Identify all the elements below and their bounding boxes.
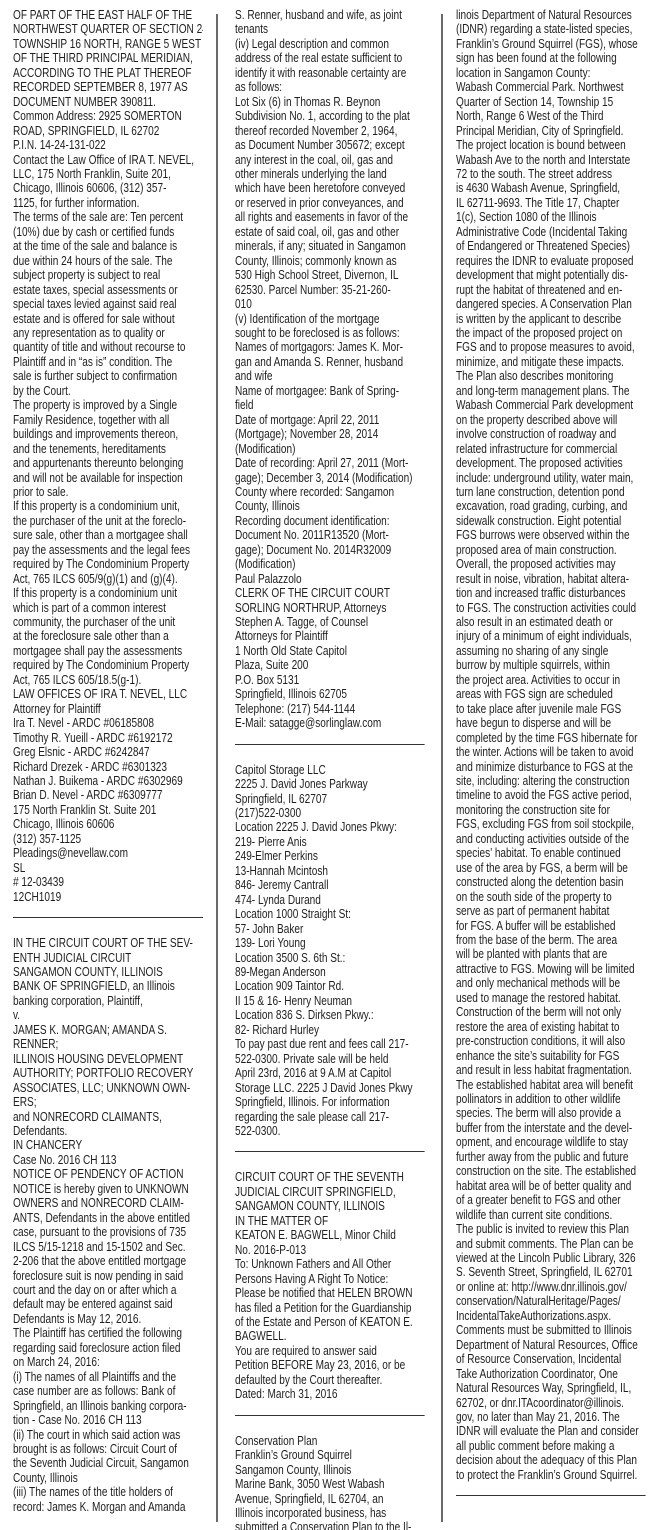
notice-text-line: 1(c), Section 1080 of the Illinois: [456, 210, 654, 224]
notice-text-line: monitoring the construction site for: [456, 803, 654, 817]
notice-text-line: SANGAMON COUNTY, ILLINOIS: [13, 965, 203, 979]
notice-text-line: is 4630 Wabash Avenue, Springfield,: [456, 181, 654, 195]
notice-text-line: S. Seventh Street, Springfield, IL 62701: [456, 1265, 654, 1279]
notice-text-line: and NONRECORD CLAIMANTS,: [13, 1110, 203, 1124]
notice-text-line: to take place after juvenile male FGS: [456, 702, 654, 716]
notice-text-line: include: underground utility, water main…: [456, 471, 654, 485]
notice-text-line: of a greater benefit to FGS and other: [456, 1193, 654, 1207]
notice-text-line: 89-Megan Anderson: [235, 965, 433, 979]
notice-text-line: CLERK OF THE CIRCUIT COURT: [235, 586, 433, 600]
notice-text-line: TOWNSHIP 16 NORTH, RANGE 5 WEST: [13, 37, 203, 51]
notice-text-line: (iv) Legal description and common: [235, 37, 433, 51]
notice-text-line: buildings and improvements thereon,: [13, 427, 203, 441]
notice-text-line: excavation, road grading, curbing, and: [456, 499, 654, 513]
legal-notice: linois Department of Natural Resources(I…: [456, 8, 654, 1482]
notice-text-line: JUDICIAL CIRCUIT SPRINGFIELD,: [235, 1185, 433, 1199]
notice-text-line: gage); December 3, 2014 (Modification): [235, 471, 433, 485]
notice-text-line: Marine Bank, 3050 West Wabash: [235, 1477, 433, 1491]
notice-text-line: attractive to FGS. Mowing will be limite…: [456, 962, 654, 976]
notice-separator-rule: [13, 917, 203, 918]
notice-text-line: for FGS. A buffer will be established: [456, 919, 654, 933]
notice-text-line: by the Court.: [13, 384, 203, 398]
notice-text-line: Overall, the proposed activities may: [456, 557, 654, 571]
notice-separator-rule: [456, 1495, 646, 1496]
notice-text-line: RENNER;: [13, 1037, 203, 1051]
notice-text-line: Location 2225 J. David Jones Pkwy:: [235, 820, 433, 834]
legal-notice: OF PART OF THE EAST HALF OF THENORTHWEST…: [13, 8, 203, 904]
notice-text-line: assuming no sharing of any single: [456, 644, 654, 658]
notice-text-line: The public is invited to review this Pla…: [456, 1222, 654, 1236]
notice-text-line: will be planted with plants that are: [456, 947, 654, 961]
column-3: linois Department of Natural Resources(I…: [456, 0, 656, 1530]
notice-text-line: Springfield, Illinois. For information: [235, 1095, 433, 1109]
notice-text-line: to FGS. The construction activities coul…: [456, 601, 654, 615]
notice-text-line: Construction of the berm will not only: [456, 1005, 654, 1019]
notice-text-line: OWNERS and NONRECORD CLAIM-: [13, 1196, 203, 1210]
notice-text-line: Lot Six (6) in Thomas R. Beynon: [235, 95, 433, 109]
notice-text-line: subject property is subject to real: [13, 268, 203, 282]
notice-text-line: which have been heretofore conveyed: [235, 181, 433, 195]
notice-text-line: enhance the site’s suitability for FGS: [456, 1049, 654, 1063]
notice-text-line: 530 High School Street, Divernon, IL: [235, 268, 433, 282]
notice-text-line: NOTICE is hereby given to UNKNOWN: [13, 1182, 203, 1196]
notice-text-line: 139- Lori Young: [235, 936, 433, 950]
legal-notice: Capitol Storage LLC2225 J. David Jones P…: [235, 763, 433, 1139]
notice-text-line: to protect the Franklin’s Ground Squirre…: [456, 1468, 654, 1482]
notice-text-line: and conducting activities outside of the: [456, 832, 654, 846]
notice-text-line: The project location is bound between: [456, 138, 654, 152]
notice-text-line: DOCUMENT NUMBER 390811.: [13, 95, 203, 109]
notice-text-line: banking corporation, Plaintiff,: [13, 994, 203, 1008]
notice-text-line: NOTICE OF PENDENCY OF ACTION: [13, 1167, 203, 1181]
notice-text-line: sign has been found at the following: [456, 51, 654, 65]
notice-text-line: Natural Resources Way, Springfield, IL,: [456, 1381, 654, 1395]
notice-text-line: # 12-03439: [13, 875, 203, 889]
notice-text-line: IN THE MATTER OF: [235, 1214, 433, 1228]
notice-text-line: Wabash Commercial Park development: [456, 398, 654, 412]
notice-text-line: and the tenements, hereditaments: [13, 442, 203, 456]
notice-text-line: Common Address: 2925 SOMERTON: [13, 109, 203, 123]
notice-text-line: Please be notified that HELEN BROWN: [235, 1286, 433, 1300]
notice-text-line: other minerals underlying the land: [235, 167, 433, 181]
notice-text-line: The Plaintiff has certified the followin…: [13, 1326, 203, 1340]
notice-text-line: Ira T. Nevel - ARDC #06185808: [13, 716, 203, 730]
notice-text-line: ERS;: [13, 1095, 203, 1109]
notice-text-line: restore the area of existing habitat to: [456, 1020, 654, 1034]
notice-text-line: Conservation Plan: [235, 1434, 433, 1448]
notice-text-line: timeline to avoid the FGS active period,: [456, 788, 654, 802]
notice-text-line: pre-construction conditions, it will als…: [456, 1034, 654, 1048]
notice-text-line: burrow by multiple squirrels, within: [456, 658, 654, 672]
notice-text-line: BAGWELL.: [235, 1329, 433, 1343]
notice-text-line: and appurtenants thereunto belonging: [13, 456, 203, 470]
notice-text-line: on the south side of the property to: [456, 890, 654, 904]
notice-text-line: sale is further subject to confirmation: [13, 369, 203, 383]
notice-text-line: RECORDED SEPTEMBER 8, 1977 AS: [13, 80, 203, 94]
notice-text-line: (iii) The names of the title holders of: [13, 1485, 203, 1499]
notice-text-line: habitat area will be of better quality a…: [456, 1179, 654, 1193]
notice-text-line: sought to be foreclosed is as follows:: [235, 326, 433, 340]
notice-text-line: turn lane construction, detention pond: [456, 485, 654, 499]
notice-text-line: defaulted by the Court thereafter.: [235, 1373, 433, 1387]
notice-text-line: If this property is a condominium unit,: [13, 499, 203, 513]
notice-text-line: the project area. Activities to occur in: [456, 673, 654, 687]
notice-text-line: Attorneys for Plaintiff: [235, 629, 433, 643]
notice-text-line: the purchaser of the unit at the foreclo…: [13, 514, 203, 528]
notice-text-line: ENTH JUDICIAL CIRCUIT: [13, 951, 203, 965]
notice-text-line: species’ habitat. To enable continued: [456, 846, 654, 860]
notice-text-line: (Mortgage); November 28, 2014: [235, 427, 433, 441]
notice-text-line: 522-0300. Private sale will be held: [235, 1052, 433, 1066]
notice-text-line: minimize, and mitigate these impacts.: [456, 355, 654, 369]
notice-text-line: Quarter of Section 14, Township 15: [456, 95, 654, 109]
notice-text-line: of Endangered or Threatened Species): [456, 239, 654, 253]
notice-text-line: Location 3500 S. 6th St.:: [235, 951, 433, 965]
notice-text-line: further away from the public and future: [456, 1150, 654, 1164]
notice-text-line: OF PART OF THE EAST HALF OF THE: [13, 8, 203, 22]
notice-text-line: proposed area of main construction.: [456, 543, 654, 557]
notice-text-line: The terms of the sale are: Ten percent: [13, 210, 203, 224]
notice-text-line: regarding said foreclosure action filed: [13, 1341, 203, 1355]
notice-text-line: gage); Document No. 2014R32009: [235, 543, 433, 557]
notice-text-line: any representation as to quality or: [13, 326, 203, 340]
notice-text-line: Act, 765 ILCS 605/9(g)(1) and (g)(4).: [13, 572, 203, 586]
notice-text-line: Stephen A. Tagge, of Counsel: [235, 615, 433, 629]
notice-text-line: court and the day on or after which a: [13, 1283, 203, 1297]
notice-text-line: Greg Elsnic - ARDC #6242847: [13, 745, 203, 759]
notice-text-line: P.O. Box 5131: [235, 673, 433, 687]
notice-text-line: estate of said coal, oil, gas and other: [235, 225, 433, 239]
notice-text-line: tenants: [235, 22, 433, 36]
notice-text-line: Department of Natural Resources, Office: [456, 1338, 654, 1352]
notice-text-line: AUTHORITY; PORTFOLIO RECOVERY: [13, 1066, 203, 1080]
notice-text-line: Richard Drezek - ARDC #6301323: [13, 760, 203, 774]
notice-text-line: decision about the adequacy of this Plan: [456, 1453, 654, 1467]
notice-text-line: Location 909 Taintor Rd.: [235, 979, 433, 993]
legal-notice: S. Renner, husband and wife, as jointten…: [235, 8, 433, 731]
notice-text-line: Subdivision No. 1, according to the plat: [235, 109, 433, 123]
notice-text-line: development that might potentially dis-: [456, 268, 654, 282]
notice-text-line: 57- John Baker: [235, 922, 433, 936]
notice-text-line: 72 to the south. The street address: [456, 167, 654, 181]
notice-text-line: 1 North Old State Capitol: [235, 644, 433, 658]
notice-text-line: (IDNR) regarding a state-listed species,: [456, 22, 654, 36]
notice-text-line: Attorney for Plaintiff: [13, 702, 203, 716]
legal-notice: Conservation PlanFranklin’s Ground Squir…: [235, 1434, 433, 1530]
column-2: S. Renner, husband and wife, as jointten…: [235, 0, 435, 1530]
notice-text-line: Date of recording: April 27, 2011 (Mort-: [235, 456, 433, 470]
notice-text-line: completed by the time FGS hibernate for: [456, 731, 654, 745]
notice-text-line: 1125, for further information.: [13, 196, 203, 210]
notice-text-line: minerals, if any; situated in Sangamon: [235, 239, 433, 253]
notice-text-line: any interest in the coal, oil, gas and: [235, 153, 433, 167]
notice-text-line: on the property described above will: [456, 413, 654, 427]
notice-text-line: Location 1000 Straight St:: [235, 907, 433, 921]
notice-text-line: 175 North Franklin St. Suite 201: [13, 803, 203, 817]
notice-text-line: pay the assessments and the legal fees: [13, 543, 203, 557]
notice-text-line: FGS and to propose measures to avoid,: [456, 340, 654, 354]
notice-text-line: Dated: March 31, 2016: [235, 1387, 433, 1401]
notice-text-line: Avenue, Springfield, IL 62704, an: [235, 1492, 433, 1506]
notice-text-line: result in noise, vibration, habitat alte…: [456, 572, 654, 586]
notice-text-line: (Modification): [235, 442, 433, 456]
notice-text-line: Springfield, an Illinois banking corpora…: [13, 1399, 203, 1413]
notice-text-line: (v) Identification of the mortgage: [235, 312, 433, 326]
notice-text-line: injury of a minimum of eight individuals…: [456, 629, 654, 643]
notice-text-line: opment, and encourage wildlife to stay: [456, 1135, 654, 1149]
column-1: OF PART OF THE EAST HALF OF THENORTHWEST…: [13, 0, 203, 1530]
notice-text-line: 82- Richard Hurley: [235, 1023, 433, 1037]
notice-text-line: sidewalk construction. Eight potential: [456, 514, 654, 528]
notice-text-line: BANK OF SPRINGFIELD, an Illinois: [13, 979, 203, 993]
notice-text-line: (217)522-0300: [235, 806, 433, 820]
notice-text-line: 846- Jeremy Cantrall: [235, 878, 433, 892]
notice-text-line: and will not be available for inspection: [13, 471, 203, 485]
notice-text-line: the Seventh Judicial Circuit, Sangamon: [13, 1456, 203, 1470]
notice-text-line: v.: [13, 1008, 203, 1022]
notice-text-line: S. Renner, husband and wife, as joint: [235, 8, 433, 22]
notice-text-line: 12CH1019: [13, 890, 203, 904]
notice-text-line: No. 2016-P-013: [235, 1243, 433, 1257]
notice-text-line: Illinois incorporated business, has: [235, 1506, 433, 1520]
notice-text-line: special taxes levied against said real: [13, 297, 203, 311]
notice-text-line: site, including: altering the constructi…: [456, 774, 654, 788]
notice-text-line: Take Authorization Coordinator, One: [456, 1367, 654, 1381]
notice-text-line: Capitol Storage LLC: [235, 763, 433, 777]
notice-text-line: of Resource Conservation, Incidental: [456, 1352, 654, 1366]
notice-text-line: Contact the Law Office of IRA T. NEVEL,: [13, 153, 203, 167]
notice-text-line: SORLING NORTHRUP, Attorneys: [235, 601, 433, 615]
notice-text-line: Timothy R. Yueill - ARDC #6192172: [13, 731, 203, 745]
notice-text-line: CIRCUIT COURT OF THE SEVENTH: [235, 1170, 433, 1184]
notice-text-line: all rights and easements in favor of the: [235, 210, 433, 224]
notice-text-line: If this property is a condominium unit: [13, 586, 203, 600]
notice-text-line: IN THE CIRCUIT COURT OF THE SEV-: [13, 936, 203, 950]
notice-text-line: (ii) The court in which said action was: [13, 1428, 203, 1442]
notice-text-line: gan and Amanda S. Renner, husband: [235, 355, 433, 369]
notice-text-line: The established habitat area will benefi…: [456, 1078, 654, 1092]
notice-text-line: ROAD, SPRINGFIELD, IL 62702: [13, 124, 203, 138]
notice-text-line: is written by the applicant to describe: [456, 312, 654, 326]
notice-text-line: and only mechanical methods will be: [456, 976, 654, 990]
notice-text-line: 62530. Parcel Number: 35-21-260-: [235, 283, 433, 297]
notice-text-line: at the foreclosure sale other than a: [13, 629, 203, 643]
notice-text-line: pollinators in addition to other wildlif…: [456, 1092, 654, 1106]
notice-text-line: case number are as follows: Bank of: [13, 1384, 203, 1398]
notice-text-line: NORTHWEST QUARTER OF SECTION 24,: [13, 22, 203, 36]
notice-text-line: also result in an estimated death or: [456, 615, 654, 629]
notice-text-line: Telephone: (217) 544-1144: [235, 702, 433, 716]
notice-text-line: the impact of the proposed project on: [456, 326, 654, 340]
notice-text-line: Defendants.: [13, 1124, 203, 1138]
notice-text-line: field: [235, 398, 433, 412]
notice-text-line: tion - Case No. 2016 CH 113: [13, 1413, 203, 1427]
notice-text-line: SANGAMON COUNTY, ILLINOIS: [235, 1199, 433, 1213]
notice-text-line: which is part of a common interest: [13, 601, 203, 615]
notice-text-line: Franklin’s Ground Squirrel (FGS), whose: [456, 37, 654, 51]
notice-text-line: Paul Palazzolo: [235, 572, 433, 586]
notice-text-line: ANTS, Defendants in the above entitled: [13, 1211, 203, 1225]
notice-text-line: Wabash Ave to the north and Interstate: [456, 153, 654, 167]
notice-text-line: (Modification): [235, 557, 433, 571]
notice-text-line: Brian D. Nevel - ARDC #6309777: [13, 788, 203, 802]
notice-text-line: estate and is offered for sale without: [13, 312, 203, 326]
notice-text-line: foreclosure suit is now pending in said: [13, 1269, 203, 1283]
notice-text-line: 249-Elmer Perkins: [235, 849, 433, 863]
notice-text-line: requires the IDNR to evaluate proposed: [456, 254, 654, 268]
notice-text-line: LLC, 175 North Franklin, Suite 201,: [13, 167, 203, 181]
notice-text-line: and minimize disturbance to FGS at the: [456, 760, 654, 774]
notice-text-line: or reserved in prior conveyances, and: [235, 196, 433, 210]
notice-text-line: brought is as follows: Circuit Court of: [13, 1442, 203, 1456]
column-divider-2: [441, 14, 443, 1522]
notice-text-line: species. The berm will also provide a: [456, 1106, 654, 1120]
notice-text-line: case, pursuant to the provisions of 735: [13, 1225, 203, 1239]
notice-text-line: Document No. 2011R13520 (Mort-: [235, 528, 433, 542]
notice-text-line: County, Illinois: [235, 499, 433, 513]
notice-text-line: address of the real estate sufficient to: [235, 51, 433, 65]
notice-text-line: Wabash Commercial Park. Northwest: [456, 80, 654, 94]
notice-text-line: from the base of the berm. The area: [456, 933, 654, 947]
notice-text-line: has filed a Petition for the Guardianshi…: [235, 1301, 433, 1315]
notice-text-line: record: James K. Morgan and Amanda: [13, 1500, 203, 1514]
notice-separator-rule: [235, 1415, 425, 1416]
notice-text-line: required by The Condominium Property: [13, 658, 203, 672]
notice-text-line: dangered species. A Conservation Plan: [456, 297, 654, 311]
notice-text-line: Springfield, Illinois 62705: [235, 687, 433, 701]
notice-text-line: submitted a Conservation Plan to the Il-: [235, 1520, 433, 1530]
notice-text-line: Recording document identification:: [235, 514, 433, 528]
notice-text-line: North, Range 6 West of the Third: [456, 109, 654, 123]
notice-text-line: buffer from the interstate and the devel…: [456, 1121, 654, 1135]
notice-text-line: the winter. Actions will be taken to avo…: [456, 745, 654, 759]
notice-text-line: Case No. 2016 CH 113: [13, 1153, 203, 1167]
notice-text-line: quantity of title and without recourse t…: [13, 340, 203, 354]
notice-text-line: 522-0300.: [235, 1124, 433, 1138]
notice-text-line: IL 62711-9693. The Title 17, Chapter: [456, 196, 654, 210]
notice-text-line: construction on the site. The establishe…: [456, 1164, 654, 1178]
notice-text-line: prior to sale.: [13, 485, 203, 499]
notice-text-line: thereof recorded November 2, 1964,: [235, 124, 433, 138]
notice-text-line: on March 24, 2016:: [13, 1355, 203, 1369]
notice-text-line: SL: [13, 861, 203, 875]
notice-text-line: ASSOCIATES, LLC; UNKNOWN OWN-: [13, 1081, 203, 1095]
notice-text-line: Principal Meridian, City of Springfield.: [456, 124, 654, 138]
notice-text-line: Springfield, IL 62707: [235, 792, 433, 806]
notice-text-line: Date of mortgage: April 22, 2011: [235, 413, 433, 427]
notice-text-line: Pleadings@nevellaw.com: [13, 846, 203, 860]
notice-text-line: linois Department of Natural Resources: [456, 8, 654, 22]
notice-text-line: April 23rd, 2016 at 9 A.M at Capitol: [235, 1066, 433, 1080]
notice-text-line: areas with FGS sign are scheduled: [456, 687, 654, 701]
notice-text-line: Names of mortgagors: James K. Mor-: [235, 340, 433, 354]
notice-text-line: 2225 J. David Jones Parkway: [235, 777, 433, 791]
notice-text-line: development. The proposed activities: [456, 456, 654, 470]
notice-text-line: (312) 357-1125: [13, 832, 203, 846]
notice-text-line: involve construction of roadway and: [456, 427, 654, 441]
notice-text-line: FGS burrows were observed within the: [456, 528, 654, 542]
notice-text-line: IN CHANCERY: [13, 1138, 203, 1152]
notice-text-line: Storage LLC. 2225 J David Jones Pkwy: [235, 1081, 433, 1095]
notice-text-line: tion and increased traffic disturbances: [456, 586, 654, 600]
notice-text-line: (10%) due by cash or certified funds: [13, 225, 203, 239]
notice-text-line: used to manage the restored habitat.: [456, 991, 654, 1005]
notice-text-line: To: Unknown Fathers and All Other: [235, 1257, 433, 1271]
notice-text-line: 62702, or dnr.ITAcoordinator@illinois.: [456, 1396, 654, 1410]
notice-text-line: ACCORDING TO THE PLAT THEREOF: [13, 66, 203, 80]
notice-text-line: The Plan also describes monitoring: [456, 369, 654, 383]
notice-text-line: The property is improved by a Single: [13, 398, 203, 412]
notice-text-line: and wife: [235, 369, 433, 383]
notice-text-line: conservation/NaturalHeritage/Pages/: [456, 1294, 654, 1308]
notice-text-line: sure sale, other than a mortgagee shall: [13, 528, 203, 542]
notice-text-line: viewed at the Lincoln Public Library, 32…: [456, 1251, 654, 1265]
notice-text-line: community, the purchaser of the unit: [13, 615, 203, 629]
notice-text-line: as Document Number 305672; except: [235, 138, 433, 152]
notice-text-line: Act, 765 ILCS 605/18.5(g-1).: [13, 673, 203, 687]
legal-notice: IN THE CIRCUIT COURT OF THE SEV-ENTH JUD…: [13, 936, 203, 1514]
notice-text-line: JAMES K. MORGAN; AMANDA S.: [13, 1023, 203, 1037]
notice-text-line: Location 836 S. Dirksen Pkwy.:: [235, 1008, 433, 1022]
notice-text-line: regarding the sale please call 217-: [235, 1110, 433, 1124]
notice-text-line: Administrative Code (Incidental Taking: [456, 225, 654, 239]
notice-text-line: (i) The names of all Plaintiffs and the: [13, 1370, 203, 1384]
notice-text-line: due within 24 hours of the sale. The: [13, 254, 203, 268]
notice-text-line: all public comment before making a: [456, 1439, 654, 1453]
notice-separator-rule: [235, 744, 425, 745]
notice-text-line: Plaintiff and in “as is” condition. The: [13, 355, 203, 369]
notice-text-line: wildlife than current site conditions.: [456, 1208, 654, 1222]
notice-text-line: related infrastructure for commercial: [456, 442, 654, 456]
newspaper-legal-notices-page: OF PART OF THE EAST HALF OF THENORTHWEST…: [0, 0, 658, 1530]
notice-text-line: Comments must be submitted to Illinois: [456, 1323, 654, 1337]
notice-text-line: Nathan J. Buikema - ARDC #6302969: [13, 774, 203, 788]
notice-text-line: 219- Pierre Anis: [235, 835, 433, 849]
notice-text-line: ILLINOIS HOUSING DEVELOPMENT: [13, 1052, 203, 1066]
notice-text-line: ILCS 5/15-1218 and 15-1502 and Sec.: [13, 1240, 203, 1254]
notice-text-line: 474- Lynda Durand: [235, 893, 433, 907]
notice-text-line: and long-term management plans. The: [456, 384, 654, 398]
notice-text-line: as follows:: [235, 80, 433, 94]
notice-text-line: P.I.N. 14-24-131-022: [13, 138, 203, 152]
notice-text-line: Chicago, Illinois 60606, (312) 357-: [13, 181, 203, 195]
notice-text-line: and submit comments. The Plan can be: [456, 1237, 654, 1251]
notice-text-line: use of the area by FGS, a berm will be: [456, 861, 654, 875]
notice-text-line: at the time of the sale and balance is: [13, 239, 203, 253]
notice-text-line: mortgagee shall pay the assessments: [13, 644, 203, 658]
notice-text-line: 13-Hannah Mcintosh: [235, 864, 433, 878]
notice-text-line: Franklin’s Ground Squirrel: [235, 1448, 433, 1462]
notice-text-line: required by The Condominium Property: [13, 557, 203, 571]
notice-text-line: Family Residence, together with all: [13, 413, 203, 427]
notice-text-line: 010: [235, 297, 433, 311]
notice-text-line: OF THE THIRD PRINCIPAL MERIDIAN,: [13, 51, 203, 65]
notice-text-line: E-Mail: satagge@sorlinglaw.com: [235, 716, 433, 730]
notice-text-line: Petition BEFORE May 23, 2016, or be: [235, 1358, 433, 1372]
notice-text-line: Chicago, Illinois 60606: [13, 817, 203, 831]
notice-text-line: identify it with reasonable certainty ar…: [235, 66, 433, 80]
notice-text-line: IncidentalTakeAuthorizations.aspx.: [456, 1309, 654, 1323]
column-divider-1: [216, 14, 218, 1522]
notice-text-line: of the Estate and Person of KEATON E.: [235, 1315, 433, 1329]
notice-text-line: Persons Having A Right To Notice:: [235, 1272, 433, 1286]
notice-text-line: IDNR will evaluate the Plan and consider: [456, 1424, 654, 1438]
notice-text-line: estate taxes, special assessments or: [13, 283, 203, 297]
notice-text-line: default may be entered against said: [13, 1297, 203, 1311]
notice-text-line: have begun to disperse and will be: [456, 716, 654, 730]
notice-text-line: gov, no later than May 21, 2016. The: [456, 1410, 654, 1424]
notice-text-line: LAW OFFICES OF IRA T. NEVEL, LLC: [13, 687, 203, 701]
